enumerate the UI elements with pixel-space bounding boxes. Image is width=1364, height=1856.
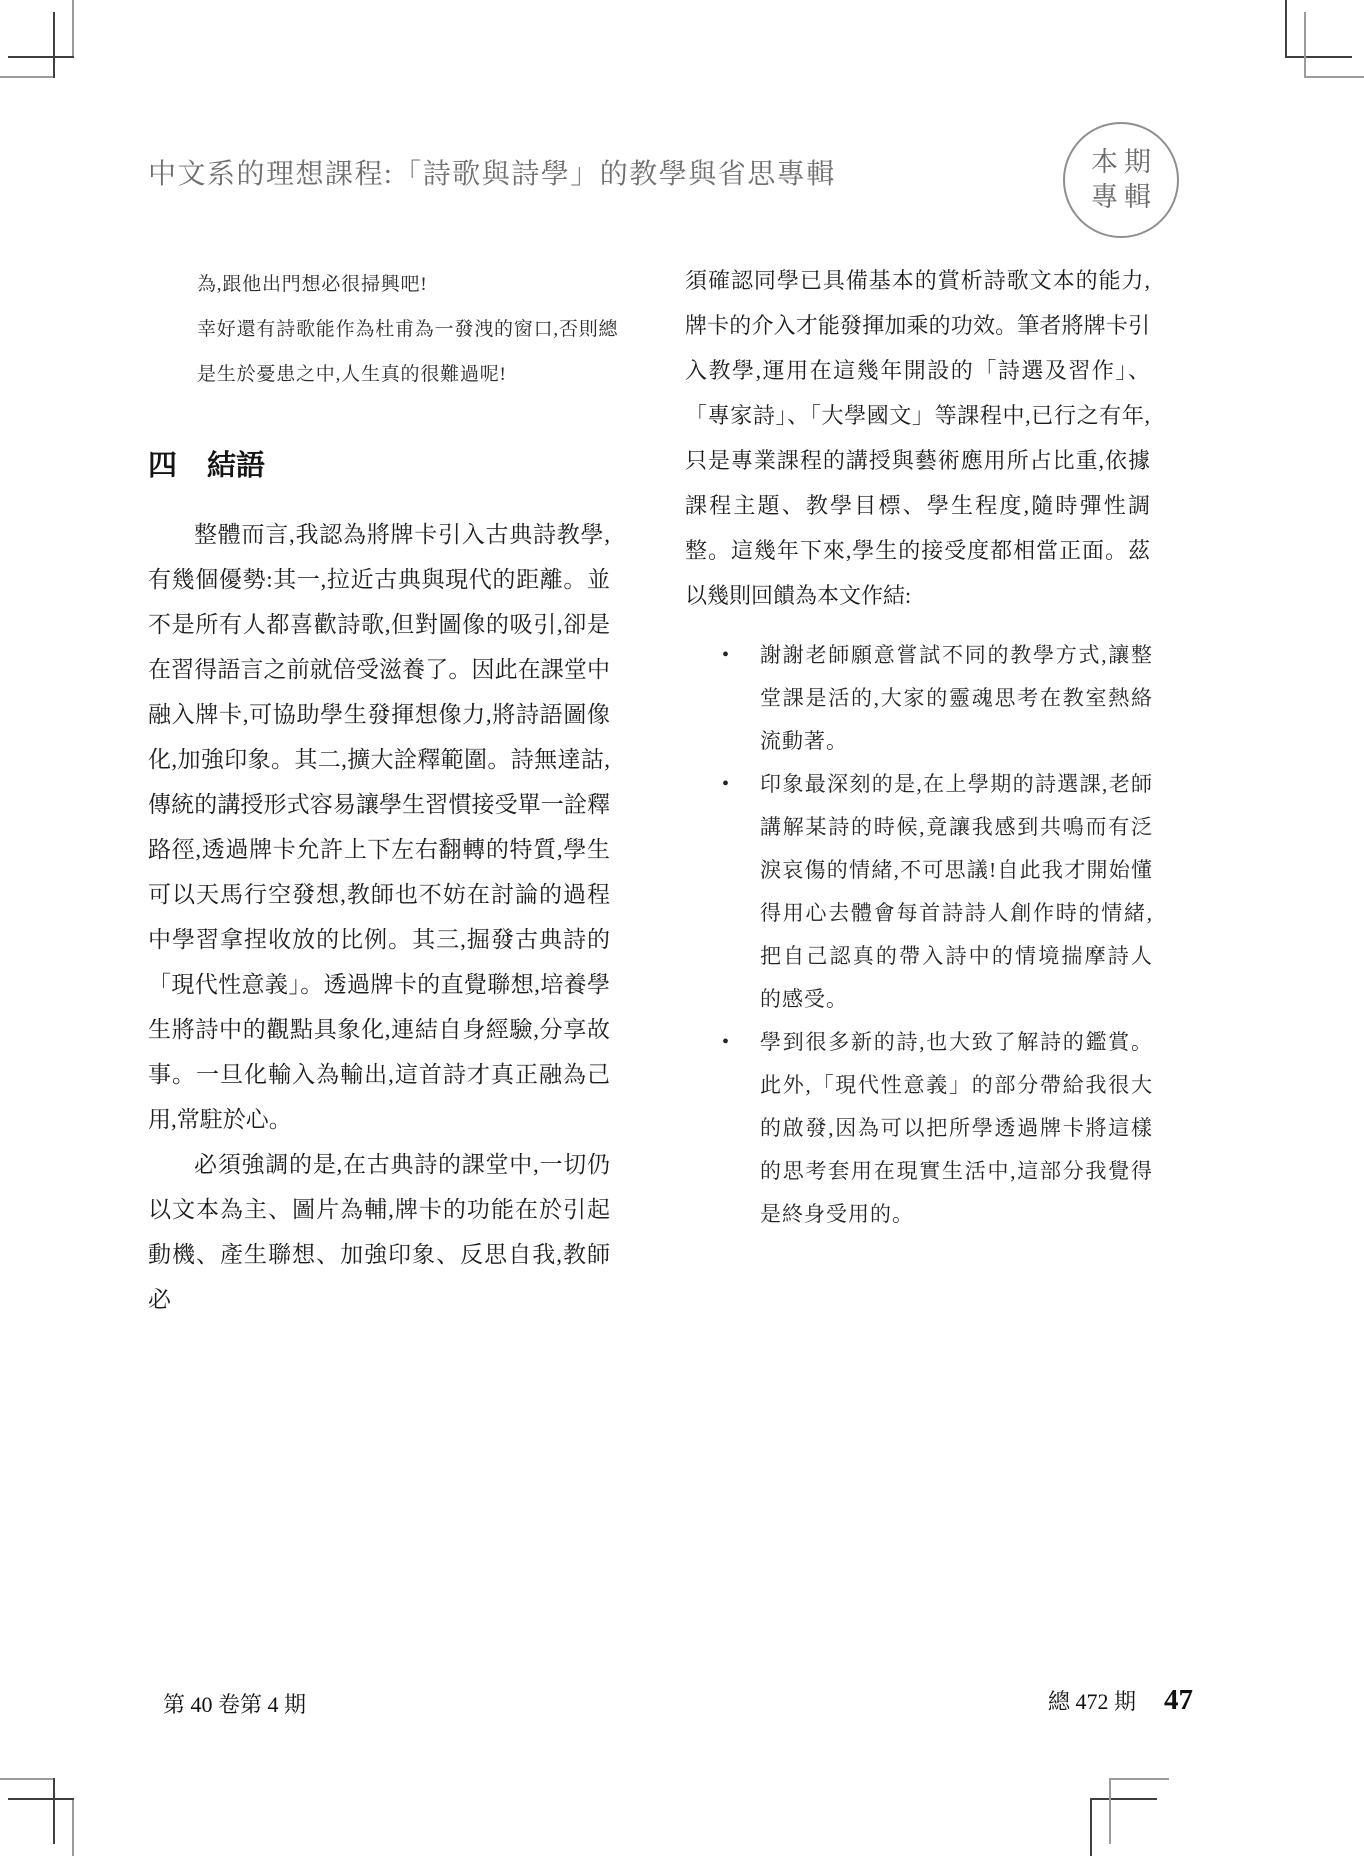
- crop-line: [72, 1798, 74, 1856]
- issue-badge-line2: 專輯: [1091, 180, 1157, 215]
- feedback-item: • 印象最深刻的是,在上學期的詩選課,老師講解某詩的時候,竟讓我感到共鳴而有泛淚…: [685, 763, 1153, 1021]
- journal-page: 中文系的理想課程:「詩歌與詩學」的教學與省思專輯 本期 專輯 為,跟他出門想必很…: [0, 0, 1364, 1856]
- total-issue-label: 總 472 期: [1048, 1685, 1136, 1716]
- page-number: 47: [1164, 1684, 1193, 1717]
- body-paragraph: 整體而言,我認為將牌卡引入古典詩教學,有幾個優勢:其一,拉近古典與現代的距離。並…: [148, 512, 610, 1142]
- crop-line: [8, 56, 74, 58]
- issue-badge-line1: 本期: [1091, 145, 1157, 180]
- page-title: 中文系的理想課程:「詩歌與詩學」的教學與省思專輯: [148, 152, 836, 192]
- bullet-icon: •: [722, 763, 729, 806]
- crop-line: [72, 0, 74, 58]
- left-column: 整體而言,我認為將牌卡引入古典詩教學,有幾個優勢:其一,拉近古典與現代的距離。並…: [148, 512, 610, 1322]
- poem-quote-line: 幸好還有詩歌能作為杜甫為一發洩的窗口,否則總: [197, 307, 618, 352]
- poem-quote-line: 是生於憂患之中,人生真的很難過呢!: [197, 352, 618, 397]
- right-column: 須確認同學已具備基本的賞析詩歌文本的能力,牌卡的介入才能發揮加乘的功效。筆者將牌…: [685, 258, 1150, 618]
- feedback-text: 印象最深刻的是,在上學期的詩選課,老師講解某詩的時候,竟讓我感到共鳴而有泛淚哀傷…: [760, 772, 1153, 1011]
- crop-line: [1109, 1778, 1111, 1844]
- poem-quote: 為,跟他出門想必很掃興吧! 幸好還有詩歌能作為杜甫為一發洩的窗口,否則總 是生於…: [197, 262, 618, 397]
- crop-line: [1109, 1778, 1169, 1780]
- crop-line: [8, 1798, 74, 1800]
- section-number: 四: [148, 443, 177, 484]
- crop-line: [1304, 76, 1364, 78]
- volume-issue-label: 第 40 卷第 4 期: [163, 1688, 306, 1719]
- poem-quote-line: 為,跟他出門想必很掃興吧!: [197, 262, 618, 307]
- footer-right: 總 472 期 47: [1048, 1684, 1193, 1717]
- crop-line: [1090, 1798, 1157, 1800]
- feedback-text: 學到很多新的詩,也大致了解詩的鑑賞。此外,「現代性意義」的部分帶給我很大的啟發,…: [760, 1030, 1153, 1226]
- bullet-icon: •: [722, 1021, 729, 1064]
- crop-line: [1285, 0, 1287, 58]
- feedback-text: 謝謝老師願意嘗試不同的教學方式,讓整堂課是活的,大家的靈魂思考在教室熱絡流動著。: [760, 643, 1153, 753]
- section-title: 結語: [207, 443, 265, 484]
- crop-line: [1304, 12, 1306, 78]
- crop-line: [53, 1778, 55, 1844]
- body-paragraph-continued: 須確認同學已具備基本的賞析詩歌文本的能力,牌卡的介入才能發揮加乘的功效。筆者將牌…: [685, 258, 1150, 618]
- crop-line: [0, 1778, 55, 1780]
- feedback-item: • 謝謝老師願意嘗試不同的教學方式,讓整堂課是活的,大家的靈魂思考在教室熱絡流動…: [685, 634, 1153, 763]
- crop-line: [53, 12, 55, 78]
- issue-badge: 本期 專輯: [1063, 122, 1179, 238]
- crop-line: [0, 76, 55, 78]
- bullet-icon: •: [722, 634, 729, 677]
- body-paragraph: 必須強調的是,在古典詩的課堂中,一切仍以文本為主、圖片為輔,牌卡的功能在於引起動…: [148, 1142, 610, 1322]
- feedback-list: • 謝謝老師願意嘗試不同的教學方式,讓整堂課是活的,大家的靈魂思考在教室熱絡流動…: [685, 634, 1153, 1236]
- crop-line: [1090, 1798, 1092, 1856]
- crop-line: [1285, 56, 1352, 58]
- feedback-item: • 學到很多新的詩,也大致了解詩的鑑賞。此外,「現代性意義」的部分帶給我很大的啟…: [685, 1021, 1153, 1236]
- section-heading: 四 結語: [148, 443, 265, 484]
